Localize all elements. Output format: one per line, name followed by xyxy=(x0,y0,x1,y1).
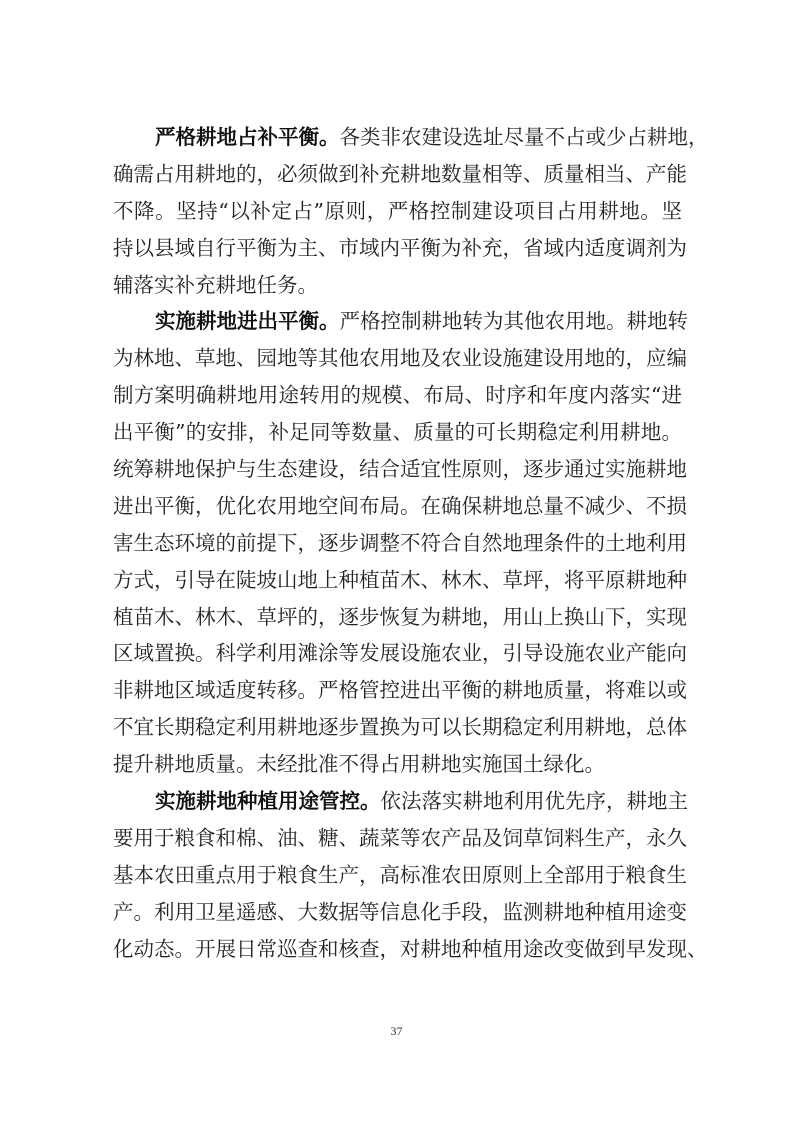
text-line: 区域置换。科学利用滩涂等发展设施农业，引导设施农业产能向 xyxy=(113,635,682,672)
paragraph-heading: 严格耕地占补平衡。 xyxy=(155,125,340,149)
text-line: 害生态环境的前提下，逐步调整不符合自然地理条件的土地利用 xyxy=(113,525,682,562)
paragraph-heading: 实施耕地进出平衡。 xyxy=(155,309,340,333)
text-line: 为林地、草地、园地等其他农用地及农业设施建设用地的，应编 xyxy=(113,340,682,377)
paragraph-heading: 实施耕地种植用途管控。 xyxy=(155,789,381,813)
paragraph-balance-occupation-compensation: 严格耕地占补平衡。各类非农建设选址尽量不占或少占耕地， 确需占用耕地的，必须做到… xyxy=(113,119,682,303)
text-line: 不宜长期稳定利用耕地逐步置换为可以长期稳定利用耕地，总体 xyxy=(113,709,682,746)
text-line: 制方案明确耕地用途转用的规模、布局、时序和年度内落实“进 xyxy=(113,377,682,414)
text-run: 依法落实耕地利用优先序，耕地主 xyxy=(381,789,689,813)
text-line: 出平衡”的安排，补足同等数量、质量的可长期稳定利用耕地。 xyxy=(113,414,682,451)
text-line: 化动态。开展日常巡查和核查，对耕地种植用途改变做到早发现、 xyxy=(113,931,682,968)
text-line: 严格耕地占补平衡。各类非农建设选址尽量不占或少占耕地， xyxy=(113,119,682,156)
paragraph-balance-in-out: 实施耕地进出平衡。严格控制耕地转为其他农用地。耕地转 为林地、草地、园地等其他农… xyxy=(113,303,682,783)
text-run: 各类非农建设选址尽量不占或少占耕地， xyxy=(340,125,709,149)
text-line: 实施耕地进出平衡。严格控制耕地转为其他农用地。耕地转 xyxy=(113,303,682,340)
text-line: 要用于粮食和棉、油、糖、蔬菜等农产品及饲草饲料生产，永久 xyxy=(113,820,682,857)
text-line: 基本农田重点用于粮食生产，高标准农田原则上全部用于粮食生 xyxy=(113,857,682,894)
text-line: 方式，引导在陡坡山地上种植苗木、林木、草坪，将平原耕地种 xyxy=(113,562,682,599)
text-line: 辅落实补充耕地任务。 xyxy=(113,267,682,304)
page-number: 37 xyxy=(0,1024,793,1039)
text-line: 实施耕地种植用途管控。依法落实耕地利用优先序，耕地主 xyxy=(113,783,682,820)
paragraph-planting-use-control: 实施耕地种植用途管控。依法落实耕地利用优先序，耕地主 要用于粮食和棉、油、糖、蔬… xyxy=(113,783,682,967)
document-page: 严格耕地占补平衡。各类非农建设选址尽量不占或少占耕地， 确需占用耕地的，必须做到… xyxy=(0,0,793,1122)
text-line: 提升耕地质量。未经批准不得占用耕地实施国土绿化。 xyxy=(113,746,682,783)
text-line: 不降。坚持“以补定占”原则，严格控制建设项目占用耕地。坚 xyxy=(113,193,682,230)
text-line: 植苗木、林木、草坪的，逐步恢复为耕地，用山上换山下，实现 xyxy=(113,599,682,636)
text-line: 非耕地区域适度转移。严格管控进出平衡的耕地质量，将难以或 xyxy=(113,672,682,709)
text-line: 产。利用卫星遥感、大数据等信息化手段，监测耕地种植用途变 xyxy=(113,894,682,931)
body-text: 严格耕地占补平衡。各类非农建设选址尽量不占或少占耕地， 确需占用耕地的，必须做到… xyxy=(113,119,682,967)
text-line: 确需占用耕地的，必须做到补充耕地数量相等、质量相当、产能 xyxy=(113,156,682,193)
text-line: 统筹耕地保护与生态建设，结合适宜性原则，逐步通过实施耕地 xyxy=(113,451,682,488)
text-run: 严格控制耕地转为其他农用地。耕地转 xyxy=(340,309,689,333)
text-line: 持以县域自行平衡为主、市域内平衡为补充，省域内适度调剂为 xyxy=(113,230,682,267)
text-line: 进出平衡，优化农用地空间布局。在确保耕地总量不减少、不损 xyxy=(113,488,682,525)
